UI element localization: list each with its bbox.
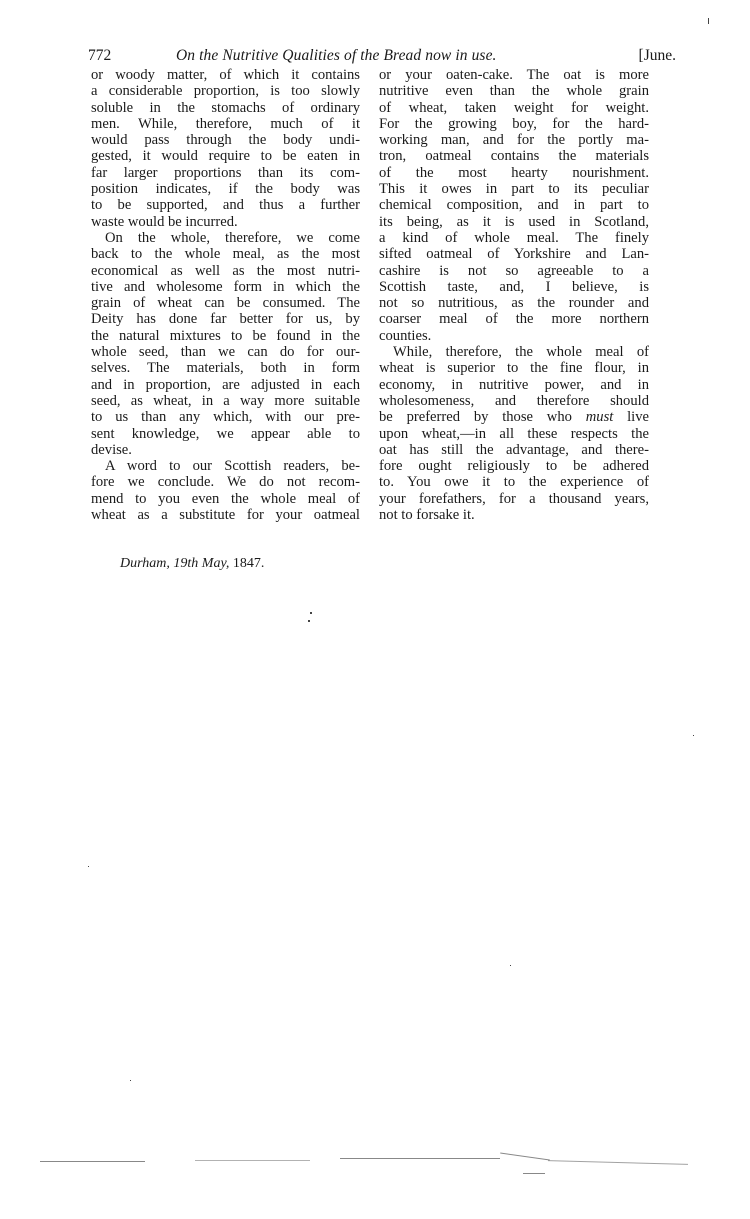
text-line: devise. — [91, 442, 360, 458]
text-line: oat has still the advantage, and there- — [379, 442, 649, 458]
text-line: men. While, therefore, much of it — [91, 116, 360, 132]
scan-speck — [510, 965, 511, 966]
text-line: position indicates, if the body was — [91, 181, 360, 197]
text-line: wholesomeness, and therefore should — [379, 393, 649, 409]
scan-speck — [308, 620, 310, 622]
text-line: This it owes in part to its peculiar — [379, 181, 649, 197]
text-line: upon wheat,—in all these respects the — [379, 426, 649, 442]
text-line: or your oaten-cake. The oat is more — [379, 67, 649, 83]
text-line: grain of wheat can be consumed. The — [91, 295, 360, 311]
text-line: to. You owe it to the experience of — [379, 474, 649, 490]
paragraph-start-line: A word to our Scottish readers, be- — [91, 458, 360, 474]
text-line: economical as well as the most nutri- — [91, 263, 360, 279]
text-line: of the most hearty nourishment. — [379, 165, 649, 181]
text-line: far larger proportions than its com- — [91, 165, 360, 181]
text-line-with-emphasis: be preferred by those who must live — [379, 409, 649, 425]
signoff-year: 1847. — [233, 556, 265, 571]
text-line: a kind of whole meal. The finely — [379, 230, 649, 246]
text-fragment: live — [613, 409, 649, 425]
scan-edge-line — [195, 1160, 310, 1161]
scan-speck — [88, 866, 89, 867]
text-line: wheat is superior to the fine flour, in — [379, 360, 649, 376]
text-line: cashire is not so agreeable to a — [379, 263, 649, 279]
text-line: to us than any which, with our pre- — [91, 409, 360, 425]
left-column: or woody matter, of which it contains a … — [91, 67, 360, 523]
scan-edge-line — [523, 1173, 545, 1174]
scan-speck — [693, 735, 694, 736]
text-line: sent knowledge, we appear able to — [91, 426, 360, 442]
running-month: [June. — [639, 46, 676, 66]
text-line: the natural mixtures to be found in the — [91, 328, 360, 344]
signoff-place: Durham, — [120, 556, 170, 571]
text-line: of wheat, taken weight for weight. — [379, 100, 649, 116]
text-line: its being, as it is used in Scotland, — [379, 214, 649, 230]
text-line: to be supported, and thus a further — [91, 197, 360, 213]
text-line: Scottish taste, and, I believe, is — [379, 279, 649, 295]
text-line: whole seed, than we can do for our- — [91, 344, 360, 360]
text-line: coarser meal of the more northern — [379, 311, 649, 327]
text-line: a considerable proportion, is too slowly — [91, 83, 360, 99]
scan-edge-line — [548, 1160, 688, 1165]
paragraph-start-line: On the whole, therefore, we come — [91, 230, 360, 246]
text-line: For the growing boy, for the hard- — [379, 116, 649, 132]
text-line: tive and wholesome form in which the — [91, 279, 360, 295]
paragraph-start-line: While, therefore, the whole meal of — [379, 344, 649, 360]
text-line: working man, and for the portly ma- — [379, 132, 649, 148]
text-line: and in proportion, are adjusted in each — [91, 377, 360, 393]
text-line: seed, as wheat, in a way more suitable — [91, 393, 360, 409]
text-line: not to forsake it. — [379, 507, 649, 523]
text-line: soluble in the stomachs of ordinary — [91, 100, 360, 116]
running-head: 772 On the Nutritive Qualities of the Br… — [88, 46, 676, 66]
text-line: tron, oatmeal contains the materials — [379, 148, 649, 164]
text-line: wheat as a substitute for your oatmeal — [91, 507, 360, 523]
text-line: back to the whole meal, as the most — [91, 246, 360, 262]
text-line: waste would be incurred. — [91, 214, 360, 230]
scan-speck — [310, 612, 312, 614]
text-line: nutritive even than the whole grain — [379, 83, 649, 99]
signoff-dateline: Durham, 19th May, 1847. — [120, 556, 264, 572]
text-line: Deity has done far better for us, by — [91, 311, 360, 327]
text-line: mend to you even the whole meal of — [91, 491, 360, 507]
signoff-date: 19th May, — [173, 556, 229, 571]
text-line: counties. — [379, 328, 649, 344]
running-title: On the Nutritive Qualities of the Bread … — [176, 46, 497, 66]
page-number: 772 — [88, 46, 111, 66]
text-line: gested, it would require to be eaten in — [91, 148, 360, 164]
text-line: selves. The materials, both in form — [91, 360, 360, 376]
text-line: not so nutritious, as the rounder and — [379, 295, 649, 311]
scan-edge-line — [340, 1158, 500, 1159]
text-line: sifted oatmeal of Yorkshire and Lan- — [379, 246, 649, 262]
scan-edge-line — [40, 1161, 145, 1162]
text-line: fore we conclude. We do not recom- — [91, 474, 360, 490]
scan-speck — [130, 1080, 131, 1081]
right-column: or your oaten-cake. The oat is more nutr… — [379, 67, 649, 523]
text-line: fore ought religiously to be adhered — [379, 458, 649, 474]
emphasis-must: must — [586, 409, 614, 425]
text-fragment: be preferred by those who — [379, 409, 586, 425]
text-line: your forefathers, for a thousand years, — [379, 491, 649, 507]
scan-edge-line — [500, 1153, 550, 1161]
scan-speck — [708, 18, 709, 24]
document-page: 772 On the Nutritive Qualities of the Br… — [0, 0, 750, 1219]
text-line: chemical composition, and in part to — [379, 197, 649, 213]
text-line: would pass through the body undi- — [91, 132, 360, 148]
text-line: or woody matter, of which it contains — [91, 67, 360, 83]
text-line: economy, in nutritive power, and in — [379, 377, 649, 393]
